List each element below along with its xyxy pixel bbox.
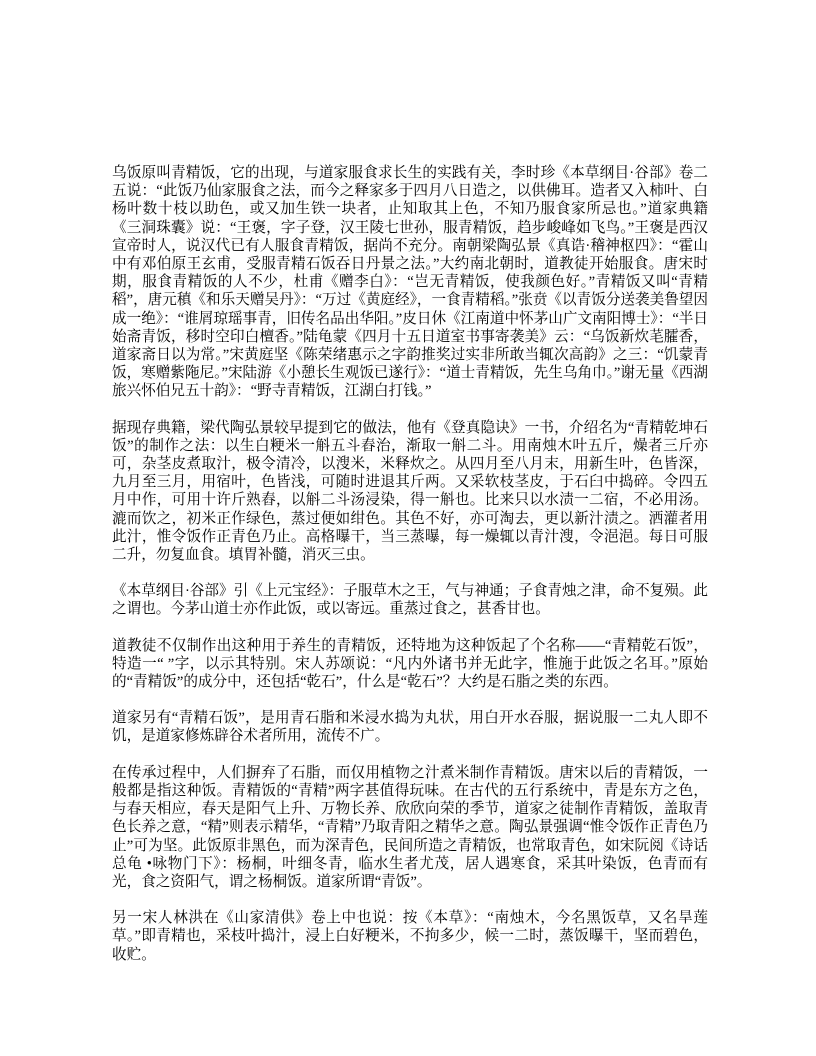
- paragraph-1: 乌饭原叫青精饭，它的出现，与道家服食求长生的实践有关，李时珍《本草纲目·谷部》卷…: [112, 164, 708, 401]
- document-page: 乌饭原叫青精饭，它的出现，与道家服食求长生的实践有关，李时珍《本草纲目·谷部》卷…: [0, 0, 816, 1056]
- paragraph-5: 道家另有“青精石饭”，是用青石脂和米浸水捣为丸状，用白开水吞服，据说服一二丸人即…: [112, 709, 708, 745]
- paragraph-4: 道教徒不仅制作出这种用于养生的青精饭，还特地为这种饭起了个名称——“青精乾石饭”…: [112, 637, 708, 692]
- paragraph-6: 在传承过程中，人们摒弃了石脂，而仅用植物之汁煮米制作青精饭。唐宋以后的青精饭，一…: [112, 764, 708, 891]
- paragraph-2: 据现存典籍，梁代陶弘景较早提到它的做法，他有《登真隐诀》一书，介绍名为“青精乾坤…: [112, 419, 708, 565]
- paragraph-7: 另一宋人林洪在《山家清供》卷上中也说：按《本草》：“南烛木，今名黑饭草，又名旱莲…: [112, 909, 708, 964]
- text-block: 乌饭原叫青精饭，它的出现，与道家服食求长生的实践有关，李时珍《本草纲目·谷部》卷…: [112, 164, 708, 964]
- paragraph-3: 《本草纲目·谷部》引《上元宝经》：子服草木之王，气与神通；子食青烛之津，命不复殒…: [112, 582, 708, 618]
